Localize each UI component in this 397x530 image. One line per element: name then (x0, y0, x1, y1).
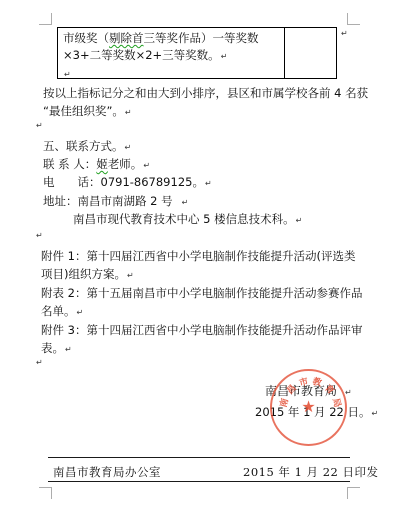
spellcheck-flagged-text: 姬 (96, 157, 108, 171)
margin-corner-mark-bottom-right (347, 487, 348, 499)
empty-paragraph-mark: ↵ (36, 231, 43, 240)
paragraph-mark: ↵ (221, 52, 228, 61)
paragraph-mark: ↵ (125, 108, 132, 117)
contact-person-line: 联 系 人：姬老师。↵ (43, 158, 150, 172)
paragraph-mark: ↵ (127, 271, 134, 280)
margin-corner-mark-bottom-left (39, 487, 52, 488)
attachment-3-line2: 表。↵ (41, 342, 72, 356)
seal-star-icon: ★ (272, 399, 345, 415)
row-end-mark: ↵ (341, 29, 348, 38)
seal-character: 育 (322, 383, 336, 397)
document-page: 市级奖（剔除首三等奖作品）一等奖数×3+二等奖数×2+三等奖数。↵ ↵ ↵ 按以… (0, 0, 397, 530)
paragraph-mark: ↵ (77, 308, 84, 317)
paragraph-mark: ↵ (345, 388, 352, 397)
paragraph-mark: ↵ (372, 409, 379, 418)
paragraph-mark: ↵ (205, 179, 212, 188)
official-seal: 南 昌 市 教 育 局 ★ (270, 369, 347, 446)
footer-top-rule (48, 457, 350, 458)
margin-corner-mark-top-left (39, 24, 52, 25)
seal-character: 市 (298, 377, 310, 389)
attachment-1-line2: 项目)组织方案。↵ (41, 268, 134, 282)
footer-print-date: 2015 年 1 月 22 日印发 (243, 464, 379, 480)
seal-character: 教 (311, 377, 323, 389)
attachment-3-line1: 附件 3：第十四届江西省中小学电脑制作技能提升活动作品评审 (41, 324, 362, 337)
cell-text: 等奖数×2+三等奖数。 (101, 48, 220, 62)
criteria-table: 市级奖（剔除首三等奖作品）一等奖数×3+二等奖数×2+三等奖数。↵ ↵ (57, 27, 337, 79)
paragraph-mark: ↵ (296, 216, 303, 225)
cell-text: 市级奖（ (63, 31, 109, 45)
criteria-table-cell-text: 市级奖（剔除首三等奖作品）一等奖数×3+二等奖数×2+三等奖数。↵ ↵ (58, 28, 285, 78)
paragraph-mark: ↵ (182, 198, 189, 207)
section-heading: 五、联系方式。↵ (43, 140, 131, 154)
attachment-2-line2: 名单。↵ (41, 305, 83, 319)
margin-corner-mark-bottom-left (51, 487, 52, 499)
phone-line: 电 话：0791-86789125。↵ (43, 176, 212, 190)
address-line1: 地址：南昌市南湖路 2 号↵ (43, 195, 188, 209)
seal-character: 昌 (285, 383, 299, 397)
margin-corner-mark-bottom-right (347, 487, 360, 488)
footer-issuing-office: 南昌市教育局办公室 (53, 464, 161, 480)
paragraph-mark: ↵ (125, 143, 132, 152)
ranking-note-line1: 按以上指标记分之和由大到小排序，县区和市属学校各前 4 名获 (43, 87, 368, 100)
attachment-2-line1: 附表 2：第十五届南昌市中小学电脑制作技能提升活动参赛作品 (41, 287, 362, 300)
ranking-note-line2: “最佳组织奖”。↵ (43, 105, 132, 119)
spellcheck-flagged-text: 剔除首 (109, 31, 144, 45)
address-line2: 南昌市现代教育技术中心 5 楼信息技术科。↵ (73, 213, 302, 227)
paragraph-mark: ↵ (65, 345, 72, 354)
paragraph-mark: ↵ (143, 161, 150, 170)
paragraph-mark: ↵ (64, 70, 71, 78)
empty-paragraph-mark: ↵ (36, 121, 43, 130)
empty-paragraph-mark: ↵ (36, 358, 43, 367)
attachment-1-line1: 附件 1：第十四届江西省中小学电脑制作技能提升活动(评选类 (41, 250, 355, 263)
footer-bottom-rule (48, 481, 350, 482)
criteria-table-cell-empty (285, 28, 336, 78)
margin-corner-mark-top-right (347, 24, 360, 25)
